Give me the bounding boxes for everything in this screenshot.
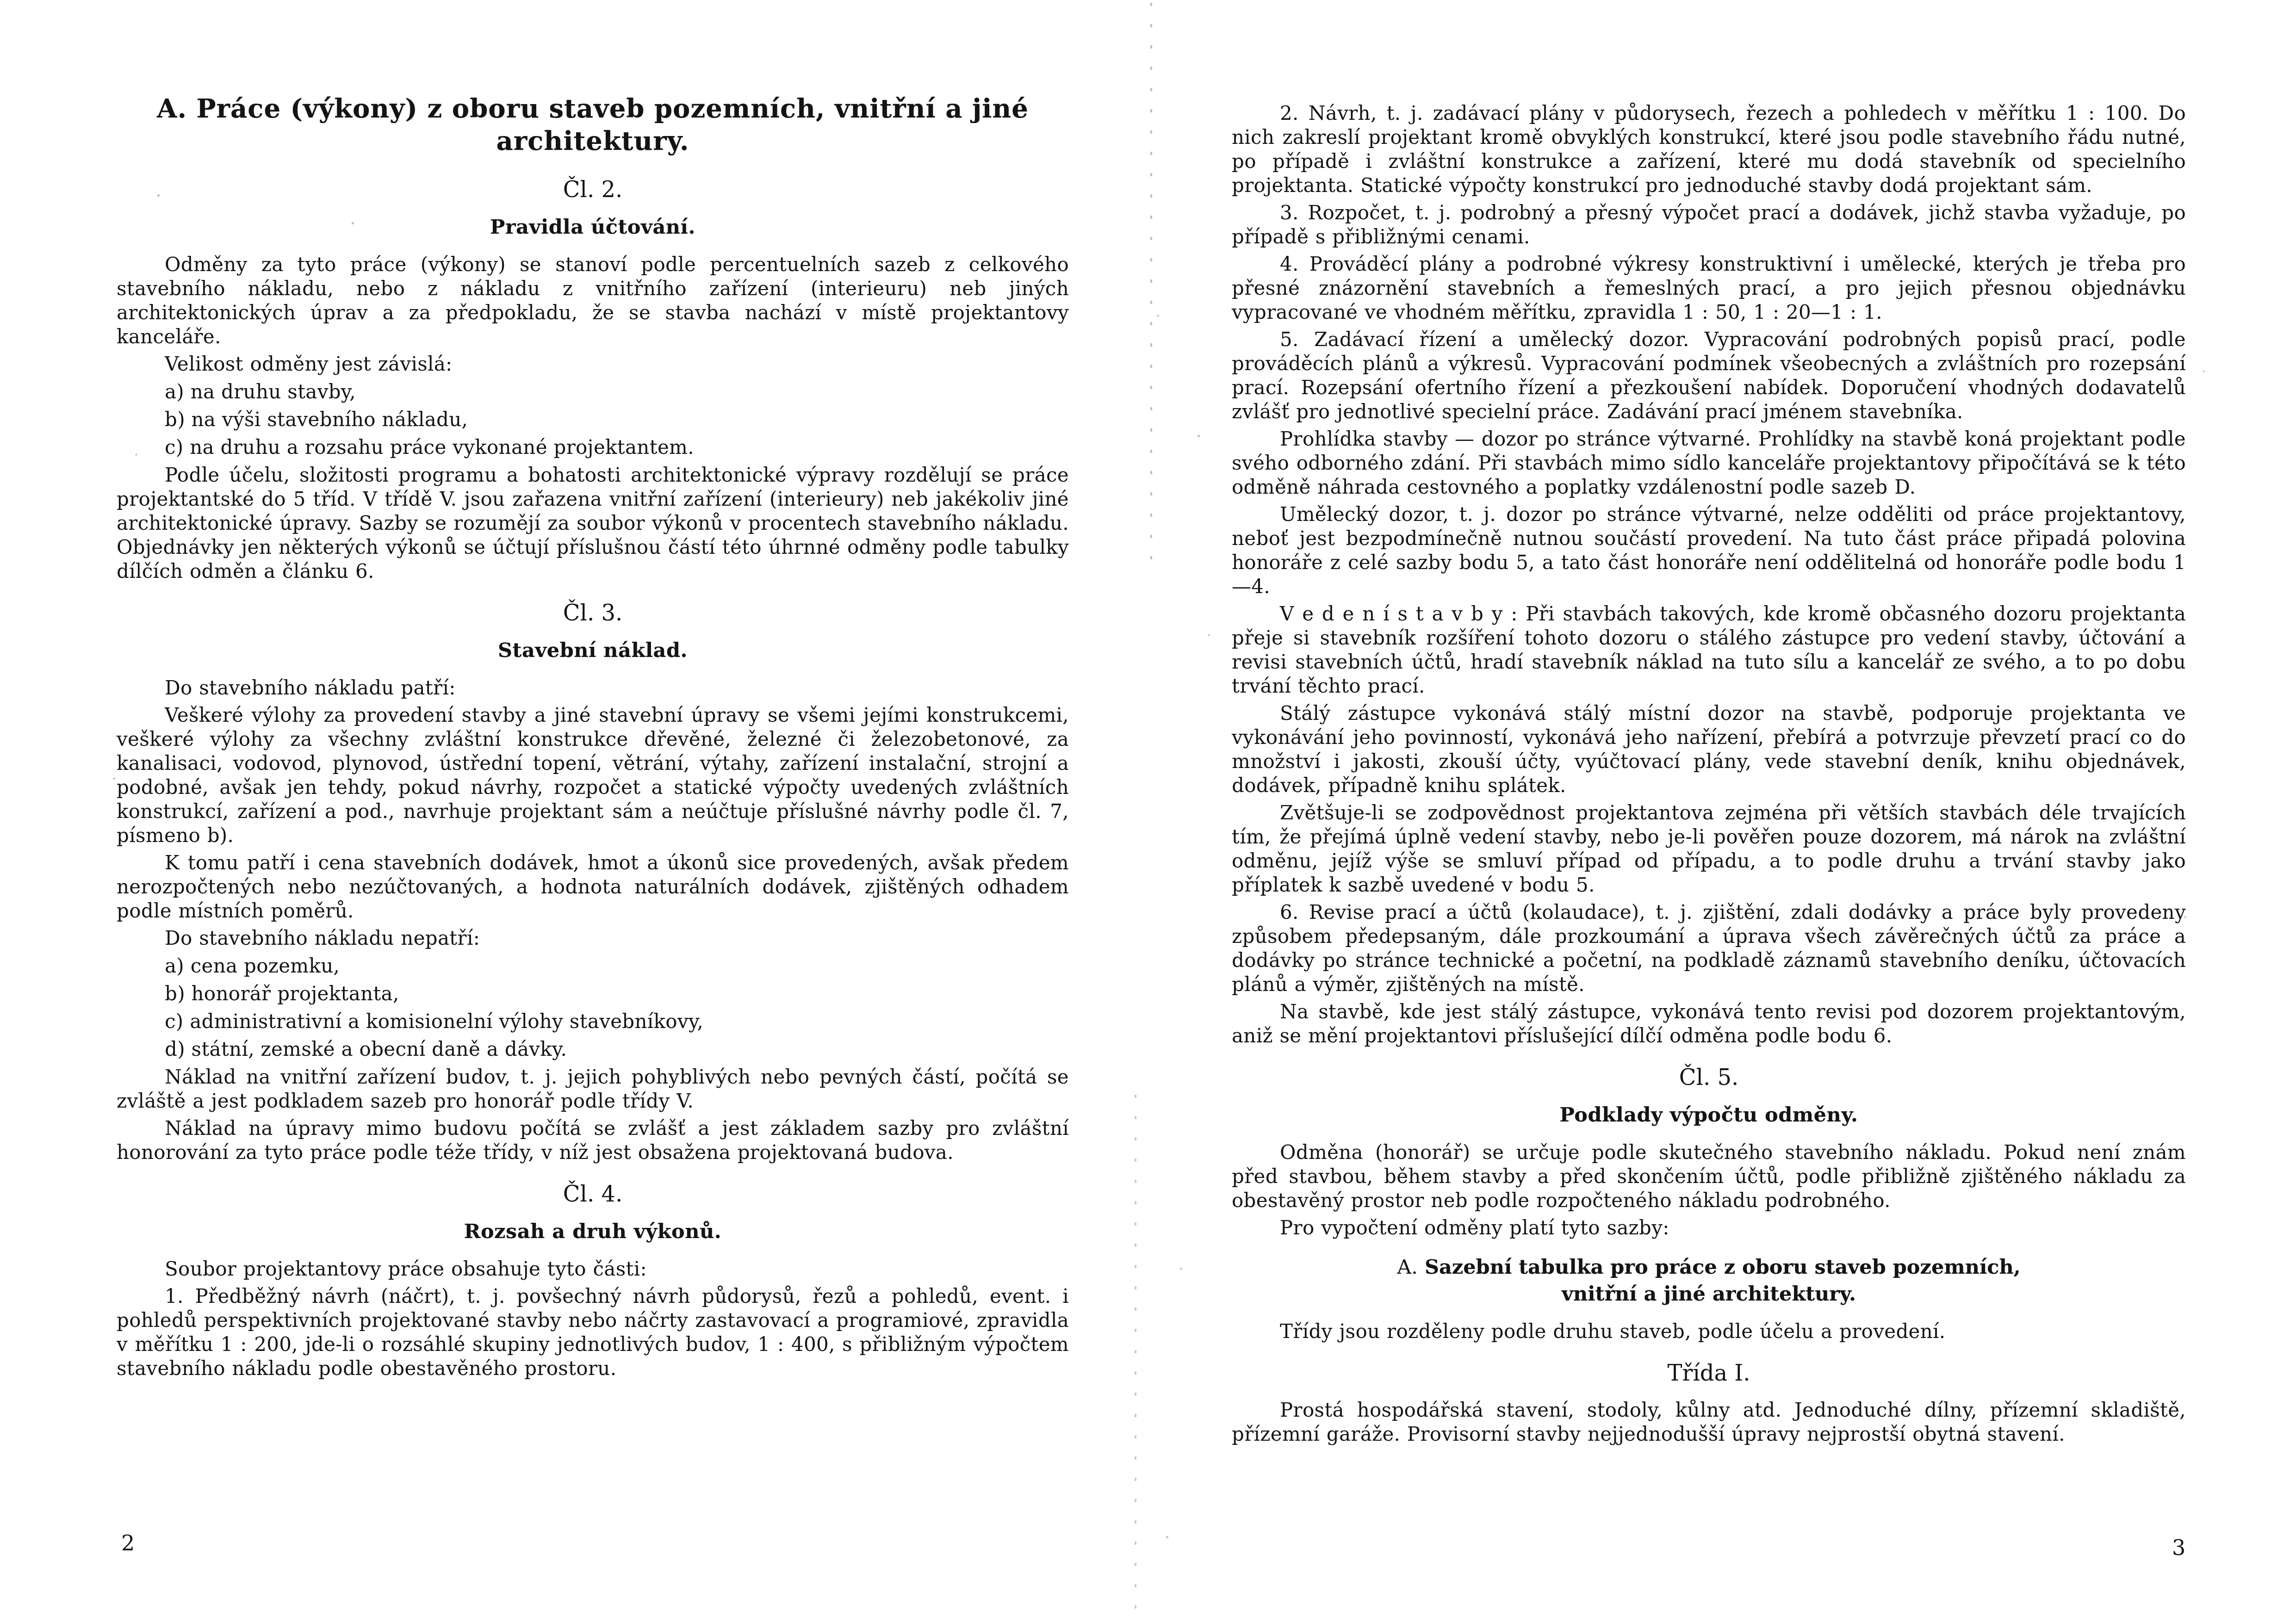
paragraph: Do stavebního nákladu patří: — [117, 676, 1069, 700]
paragraph: Stálý zástupce vykonává stálý místní doz… — [1232, 701, 2186, 798]
gutter-fold-dots-top — [1150, 3, 1152, 576]
paragraph: Prohlídka stavby — dozor po stránce výtv… — [1232, 427, 2186, 499]
paragraph: V e d e n í s t a v b y : Při stavbách t… — [1232, 602, 2186, 698]
paragraph: Odměna (honorář) se určuje podle skutečn… — [1232, 1140, 2186, 1213]
paragraph: Do stavebního nákladu nepatří: — [117, 926, 1069, 950]
paragraph: 5. Zadávací řízení a umělecký dozor. Vyp… — [1232, 328, 2186, 424]
paragraph: Náklad na vnitřní zařízení budov, t. j. … — [117, 1065, 1069, 1113]
list-item: d) státní, zemské a obecní daně a dávky. — [165, 1037, 1069, 1061]
paragraph: Na stavbě, kde jest stálý zástupce, vyko… — [1232, 1000, 2186, 1048]
section-heading: Stavební náklad. — [117, 638, 1069, 663]
article-heading: Čl. 5. — [1232, 1065, 2186, 1090]
page-number-right: 3 — [2172, 1535, 2185, 1560]
list-item: a) cena pozemku, — [165, 954, 1069, 978]
paragraph: 2. Návrh, t. j. zadávací plány v půdorys… — [1232, 101, 2186, 198]
section-heading: Podklady výpočtu odměny. — [1232, 1103, 2186, 1127]
page-left-text-column: A. Práce (výkony) z oboru staveb pozemní… — [117, 93, 1069, 1381]
paragraph: 6. Revise prací a účtů (kolaudace), t. j… — [1232, 900, 2186, 997]
paragraph: Pro vypočtení odměny platí tyto sazby: — [1232, 1216, 2186, 1240]
rate-table-heading: A. Sazební tabulka pro práce z oboru sta… — [1232, 1254, 2186, 1307]
list-item: b) na výši stavebního nákladu, — [165, 408, 1069, 432]
paragraph: Náklad na úpravy mimo budovu počítá se z… — [117, 1116, 1069, 1165]
section-heading: Pravidla účtování. — [117, 215, 1069, 240]
list-item: a) na druhu stavby, — [165, 380, 1069, 404]
article-heading: Čl. 3. — [117, 600, 1069, 626]
list-item: b) honorář projektanta, — [165, 982, 1069, 1006]
section-heading: Rozsah a druh výkonů. — [117, 1219, 1069, 1244]
paragraph: Podle účelu, složitosti programu a bohat… — [117, 463, 1069, 583]
document-title: A. Práce (výkony) z oboru staveb pozemní… — [117, 93, 1069, 157]
paragraph: Odměny za tyto práce (výkony) se stanoví… — [117, 253, 1069, 349]
page-right: 2. Návrh, t. j. zadávací plány v půdorys… — [1232, 98, 2186, 1450]
page-number-left: 2 — [121, 1530, 135, 1555]
paragraph: Umělecký dozor, t. j. dozor po stránce v… — [1232, 502, 2186, 599]
heading-line: vnitřní a jiné architektury. — [1232, 1281, 2186, 1307]
paragraph: 1. Předběžný návrh (náčrt), t. j. povšec… — [117, 1284, 1069, 1381]
list-item: c) na druhu a rozsahu práce vykonané pro… — [165, 435, 1069, 459]
paragraph: Zvětšuje-li se zodpovědnost projektantov… — [1232, 801, 2186, 897]
paragraph: 3. Rozpočet, t. j. podrobný a přesný výp… — [1232, 201, 2186, 249]
paragraph: Prostá hospodářská stavení, stodoly, kůl… — [1232, 1398, 2186, 1446]
list-item: c) administrativní a komisionelní výlohy… — [165, 1010, 1069, 1034]
gutter-fold-dots-bottom — [1135, 1095, 1136, 1616]
paragraph: Velikost odměny jest závislá: — [117, 352, 1069, 376]
heading-line: Sazební tabulka pro práce z oboru staveb… — [1425, 1256, 2021, 1279]
scanned-book-spread: { "colors": { "ink": "#141414", "paper":… — [0, 0, 2296, 1623]
article-heading: Čl. 2. — [117, 177, 1069, 203]
article-heading: Třída I. — [1232, 1360, 2186, 1386]
paragraph: Veškeré výlohy za provedení stavby a jin… — [117, 703, 1069, 848]
heading-line: A. Práce (výkony) z oboru staveb pozemní… — [117, 93, 1069, 125]
heading-prefix: A. — [1397, 1256, 1418, 1279]
article-heading: Čl. 4. — [117, 1181, 1069, 1207]
heading-line: architektury. — [117, 125, 1069, 157]
page-left: A. Práce (výkony) z oboru staveb pozemní… — [117, 93, 1069, 1384]
paragraph: Třídy jsou rozděleny podle druhu staveb,… — [1232, 1319, 2186, 1344]
heading-line-row: A. Sazební tabulka pro práce z oboru sta… — [1232, 1254, 2186, 1281]
paragraph: K tomu patří i cena stavebních dodávek, … — [117, 851, 1069, 923]
page-right-text-column: 2. Návrh, t. j. zadávací plány v půdorys… — [1232, 101, 2186, 1446]
paragraph: 4. Prováděcí plány a podrobné výkresy ko… — [1232, 252, 2186, 324]
paragraph: Soubor projektantovy práce obsahuje tyto… — [117, 1257, 1069, 1281]
